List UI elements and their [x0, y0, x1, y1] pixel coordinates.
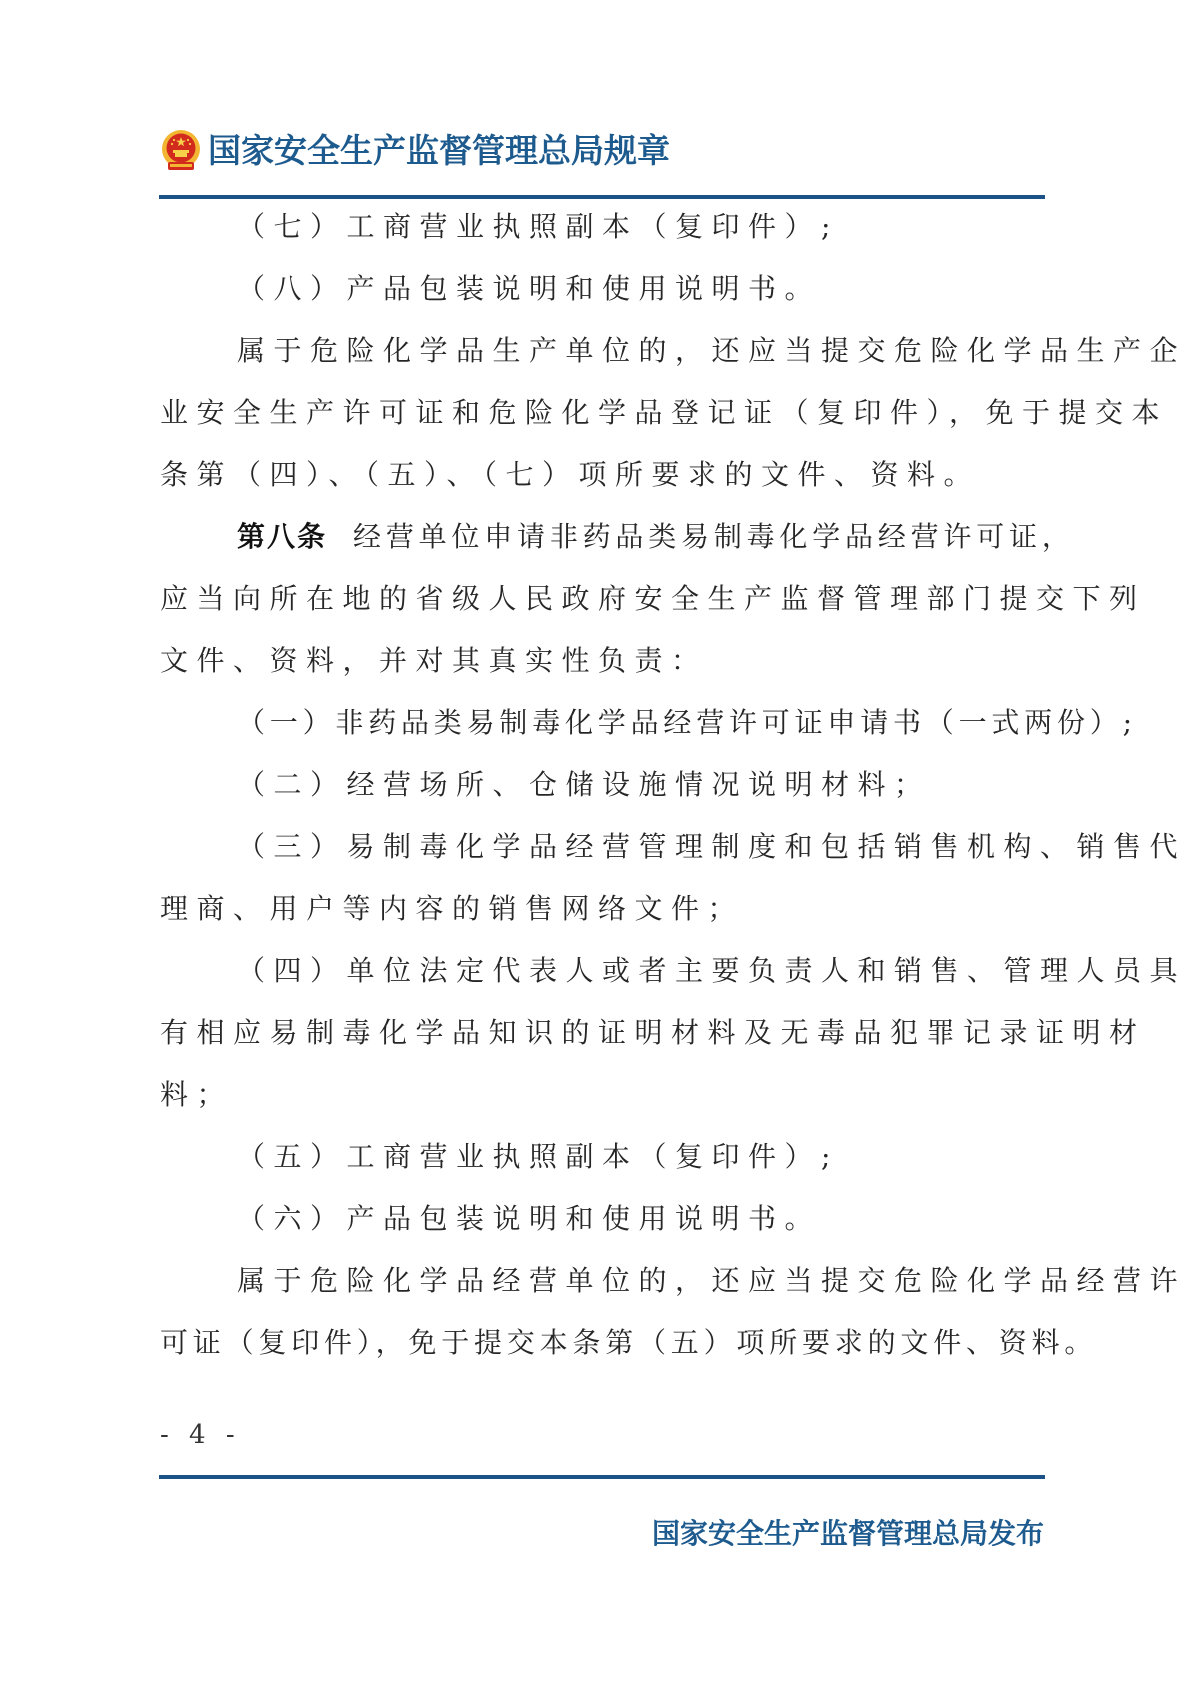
line-text: 经营单位申请非药品类易制毒化学品经营许可证，: [353, 520, 1075, 553]
line-text: 文件、资料，并对其真实性负责：: [160, 644, 708, 677]
line-text: （三）易制毒化学品经营管理制度和包括销售机构、销售代: [237, 830, 1186, 863]
paragraph-line: 业安全生产许可证和危险化学品登记证（复印件），免于提交本: [160, 392, 1044, 454]
line-text: （一）非药品类易制毒化学品经营许可证申请书（一式两份）;: [237, 706, 1137, 739]
paragraph-line: （三）易制毒化学品经营管理制度和包括销售机构、销售代: [160, 826, 1044, 888]
paragraph-line: 应当向所在地的省级人民政府安全生产监督管理部门提交下列: [160, 578, 1044, 640]
line-text: （四）单位法定代表人或者主要负责人和销售、管理人员具: [237, 954, 1186, 987]
article-label: 第八条: [237, 520, 327, 553]
paragraph-line: （八）产品包装说明和使用说明书。: [160, 268, 1044, 330]
paragraph-line: （二）经营场所、仓储设施情况说明材料；: [160, 764, 1044, 826]
paragraph-line: （五）工商营业执照副本（复印件）;: [160, 1136, 1044, 1198]
document-header: 国家安全生产监督管理总局规章: [160, 126, 670, 176]
footer-divider: [159, 1475, 1045, 1479]
line-text: （二）经营场所、仓储设施情况说明材料；: [237, 768, 931, 801]
paragraph-line: 属于危险化学品生产单位的，还应当提交危险化学品生产企: [160, 330, 1044, 392]
paragraph-line: 属于危险化学品经营单位的，还应当提交危险化学品经营许: [160, 1260, 1044, 1322]
line-text: （六）产品包装说明和使用说明书。: [237, 1202, 821, 1235]
line-text: （五）工商营业执照副本（复印件）;: [237, 1140, 839, 1173]
paragraph-line: （四）单位法定代表人或者主要负责人和销售、管理人员具: [160, 950, 1044, 1012]
article-heading-line: 第八条经营单位申请非药品类易制毒化学品经营许可证，: [160, 516, 1044, 578]
line-text: （八）产品包装说明和使用说明书。: [237, 272, 821, 305]
line-text: 属于危险化学品生产单位的，还应当提交危险化学品生产企: [237, 334, 1186, 367]
paragraph-line: 条第（四）、（五）、（七）项所要求的文件、资料。: [160, 454, 1044, 516]
line-text: （七）工商营业执照副本（复印件）;: [237, 210, 839, 243]
line-text: 属于危险化学品经营单位的，还应当提交危险化学品经营许: [237, 1264, 1186, 1297]
line-text: 理商、用户等内容的销售网络文件；: [160, 892, 744, 925]
paragraph-line: （七）工商营业执照副本（复印件）;: [160, 206, 1044, 268]
paragraph-line: （一）非药品类易制毒化学品经营许可证申请书（一式两份）;: [160, 702, 1044, 764]
line-text: 有相应易制毒化学品知识的证明材料及无毒品犯罪记录证明材: [160, 1016, 1146, 1049]
paragraph-line: 可证（复印件），免于提交本条第（五）项所要求的文件、资料。: [160, 1322, 1044, 1384]
paragraph-line: 有相应易制毒化学品知识的证明材料及无毒品犯罪记录证明材: [160, 1012, 1044, 1074]
page-number: - 4 -: [160, 1420, 241, 1450]
line-text: 应当向所在地的省级人民政府安全生产监督管理部门提交下列: [160, 582, 1146, 615]
line-text: 料；: [160, 1078, 233, 1111]
paragraph-line: 理商、用户等内容的销售网络文件；: [160, 888, 1044, 950]
header-divider: [159, 195, 1045, 199]
paragraph-line: 料；: [160, 1074, 1044, 1136]
paragraph-line: 文件、资料，并对其真实性负责：: [160, 640, 1044, 702]
document-body: （七）工商营业执照副本（复印件）; （八）产品包装说明和使用说明书。 属于危险化…: [160, 206, 1044, 1384]
national-emblem-icon: [160, 129, 202, 173]
header-title: 国家安全生产监督管理总局规章: [208, 129, 670, 173]
paragraph-line: （六）产品包装说明和使用说明书。: [160, 1198, 1044, 1260]
line-text: 业安全生产许可证和危险化学品登记证（复印件），免于提交本: [160, 396, 1168, 429]
footer-publisher: 国家安全生产监督管理总局发布: [652, 1512, 1044, 1552]
line-text: 可证（复印件），免于提交本条第（五）项所要求的文件、资料。: [160, 1326, 1097, 1359]
line-text: 条第（四）、（五）、（七）项所要求的文件、资料。: [160, 458, 980, 491]
